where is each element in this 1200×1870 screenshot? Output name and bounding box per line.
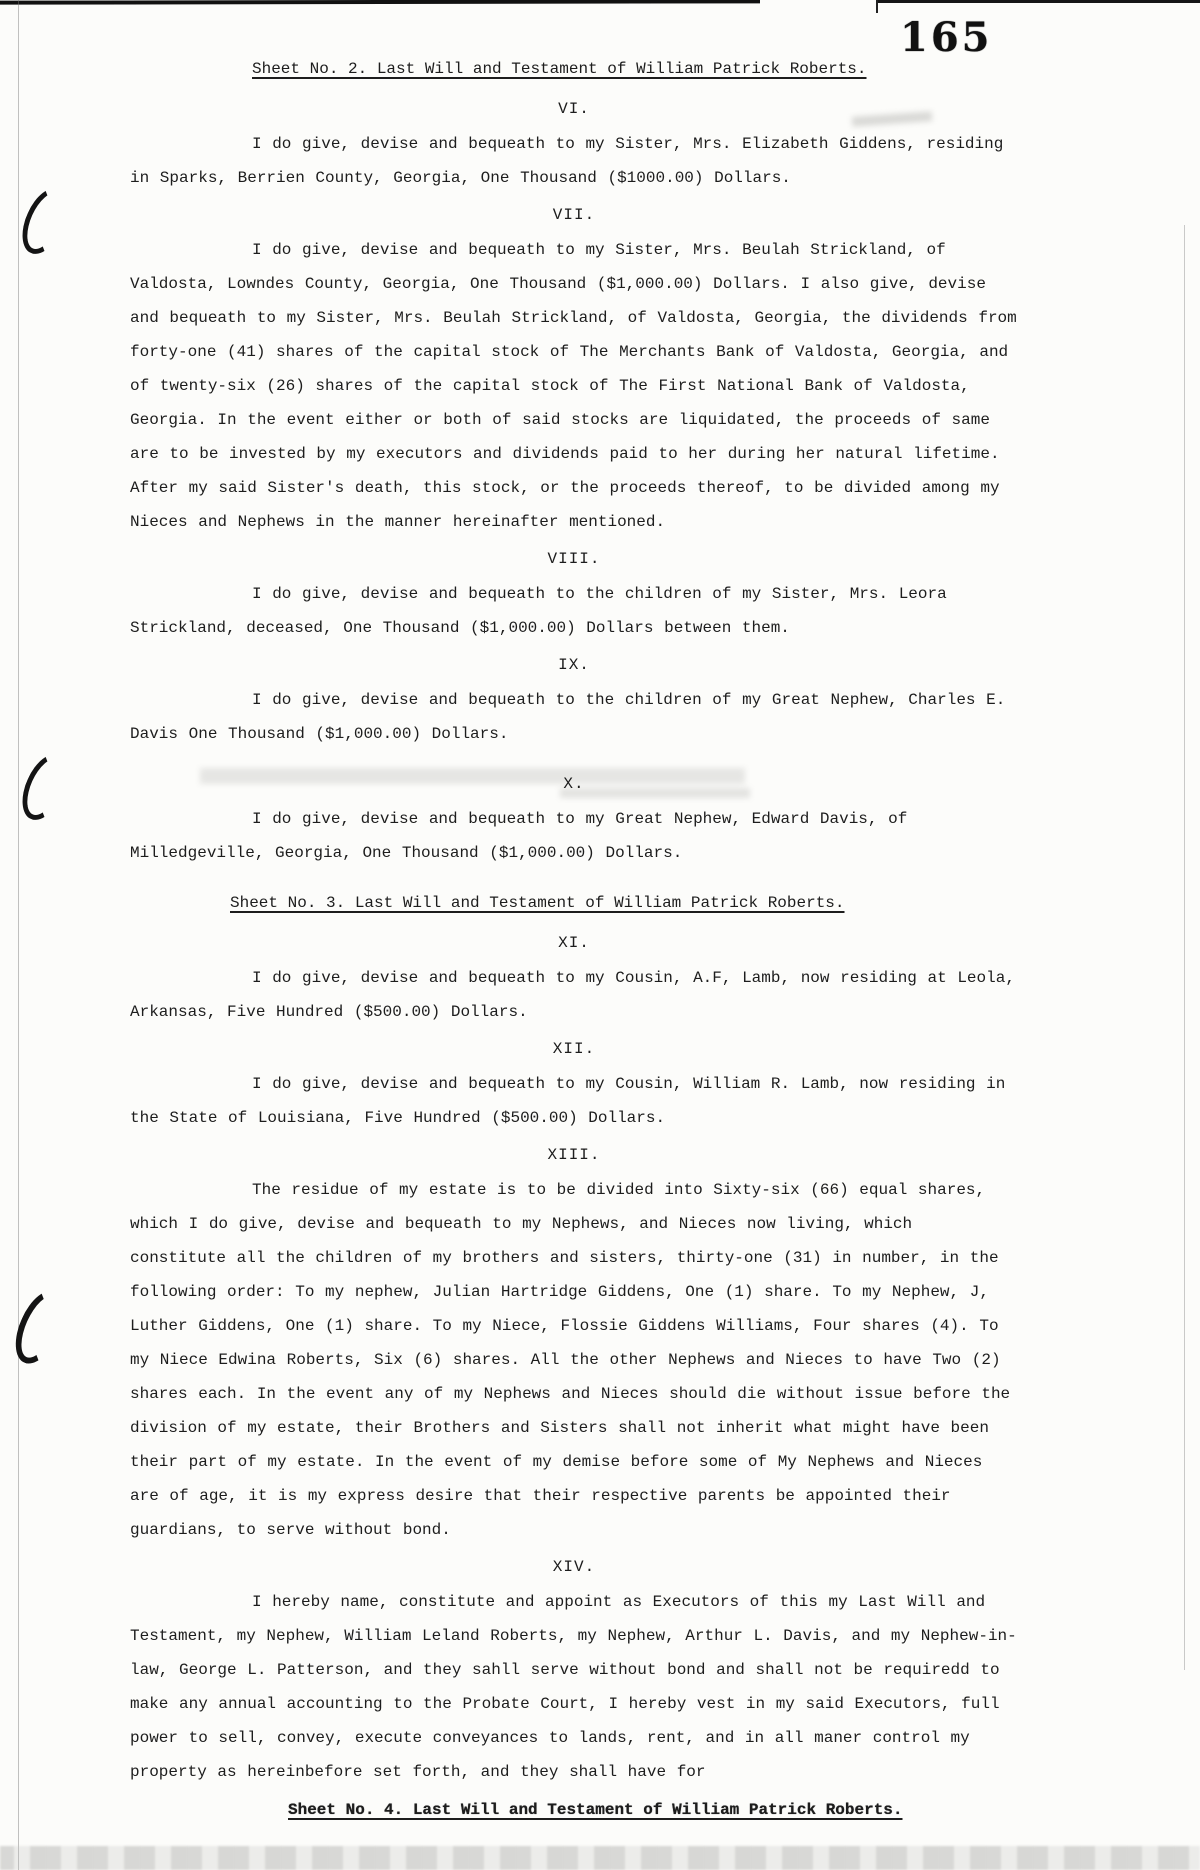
binder-hole-mark [13, 747, 76, 826]
section-vii-paragraph: I do give, devise and bequeath to my Sis… [130, 233, 1018, 539]
scan-noise-band [0, 1846, 1200, 1870]
section-viii-paragraph: I do give, devise and bequeath to the ch… [130, 577, 1018, 645]
section-ix-paragraph: I do give, devise and bequeath to the ch… [130, 683, 1018, 751]
section-xiv-paragraph: I hereby name, constitute and appoint as… [130, 1585, 1018, 1789]
section-xii-paragraph: I do give, devise and bequeath to my Cou… [130, 1067, 1018, 1135]
scan-margin-line [1184, 225, 1185, 1670]
section-x-numeral: X. [130, 767, 1018, 801]
section-xiii-numeral: XIII. [130, 1138, 1018, 1172]
section-xiv-numeral: XIV. [130, 1550, 1018, 1584]
sheet-2-heading: Sheet No. 2. Last Will and Testament of … [252, 52, 1018, 86]
sheet-3-heading: Sheet No. 3. Last Will and Testament of … [230, 886, 1018, 920]
binder-hole-mark [6, 1283, 74, 1371]
binder-hole-mark [13, 181, 76, 260]
sheet-4-heading: Sheet No. 4. Last Will and Testament of … [288, 1793, 1018, 1827]
scan-edge-artifact [0, 0, 760, 5]
section-xii-numeral: XII. [130, 1032, 1018, 1066]
section-ix-numeral: IX. [130, 648, 1018, 682]
will-document-body: Sheet No. 2. Last Will and Testament of … [130, 52, 1018, 1827]
scan-edge-artifact [878, 0, 1200, 3]
section-viii-numeral: VIII. [130, 542, 1018, 576]
scanned-will-page: 165 Sheet No. 2. Last Will and Testament… [0, 0, 1200, 1870]
section-vii-numeral: VII. [130, 198, 1018, 232]
section-vi-numeral: VI. [130, 92, 1018, 126]
section-xi-paragraph: I do give, devise and bequeath to my Cou… [130, 961, 1018, 1029]
section-vi-paragraph: I do give, devise and bequeath to my Sis… [130, 127, 1018, 195]
section-x-paragraph: I do give, devise and bequeath to my Gre… [130, 802, 1018, 870]
scan-margin-line [18, 0, 19, 1870]
section-xi-numeral: XI. [130, 926, 1018, 960]
scan-edge-artifact [876, 0, 878, 13]
section-xiii-paragraph: The residue of my estate is to be divide… [130, 1173, 1018, 1547]
